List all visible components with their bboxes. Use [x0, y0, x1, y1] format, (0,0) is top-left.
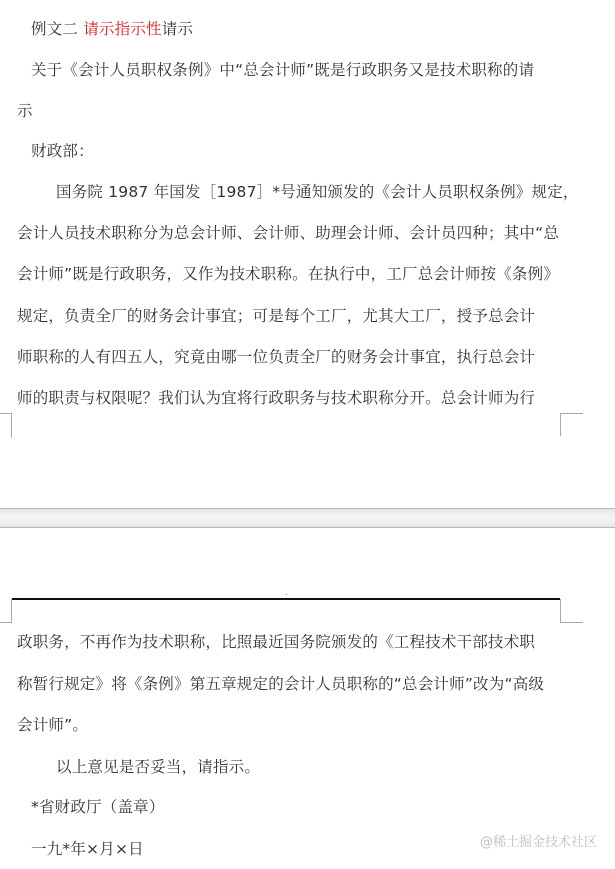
margin-corner-mark-bottom-left-vertical [11, 413, 12, 438]
date-line: 一九*年×月×日 [31, 839, 144, 859]
margin-corner-mark-bottom-right-vertical [560, 413, 561, 436]
margin-corner-mark-top-right [560, 622, 583, 623]
closing-line: 以上意见是否妥当，请指示。 [56, 757, 260, 777]
title-highlight: 请示指示性 [83, 20, 162, 38]
body-line: 会计师”。 [17, 715, 88, 735]
body-line: 会计师”既是行政职务，又作为技术职称。在执行中，工厂总会计师按《条例》 [17, 264, 559, 284]
body-line: 规定，负责全厂的财务会计事宜；可是每个工厂，尤其大工厂，授予总会计 [17, 306, 535, 326]
header-rule-line [12, 598, 560, 600]
body-line: 国务院 1987 年国发［1987］*号通知颁发的《会计人员职权条例》规定， [56, 182, 579, 202]
margin-corner-mark-top-left-vertical [11, 599, 12, 622]
subject-line-1: 关于《会计人员职权条例》中“总会计师”既是行政职务又是技术职称的请 [31, 60, 534, 80]
document-title: 例文二 请示指示性请示 [31, 19, 193, 39]
title-suffix: 请示 [162, 20, 193, 38]
watermark-text: @稀土掘金技术社区 [480, 834, 597, 852]
margin-corner-mark-top-right-vertical [560, 599, 561, 622]
signature-line: *省财政厅（盖章） [31, 797, 165, 817]
subject-line-2: 示 [17, 101, 33, 121]
margin-corner-mark-top-left [0, 622, 12, 623]
body-line: 会计人员技术职称分为总会计师、会计师、助理会计师、会计员四种；其中“总 [17, 223, 559, 243]
body-line: 师职称的人有四五人，究竟由哪一位负责全厂的财务会计事宜，执行总会计 [17, 347, 535, 367]
header-marker-dot [286, 594, 287, 595]
body-line: 政职务，不再作为技术职称，比照最近国务院颁发的《工程技术干部技术职 [17, 632, 535, 652]
body-line: 师的职责与权限呢？我们认为宜将行政职务与技术职称分开。总会计师为行 [17, 388, 535, 408]
page-break-gap [0, 508, 615, 528]
addressee: 财政部： [31, 141, 94, 161]
body-line: 称暂行规定》将《条例》第五章规定的会计人员职称的“总会计师”改为“高级 [17, 674, 544, 694]
margin-corner-mark-bottom-right [560, 413, 583, 414]
title-prefix: 例文二 [31, 20, 83, 38]
